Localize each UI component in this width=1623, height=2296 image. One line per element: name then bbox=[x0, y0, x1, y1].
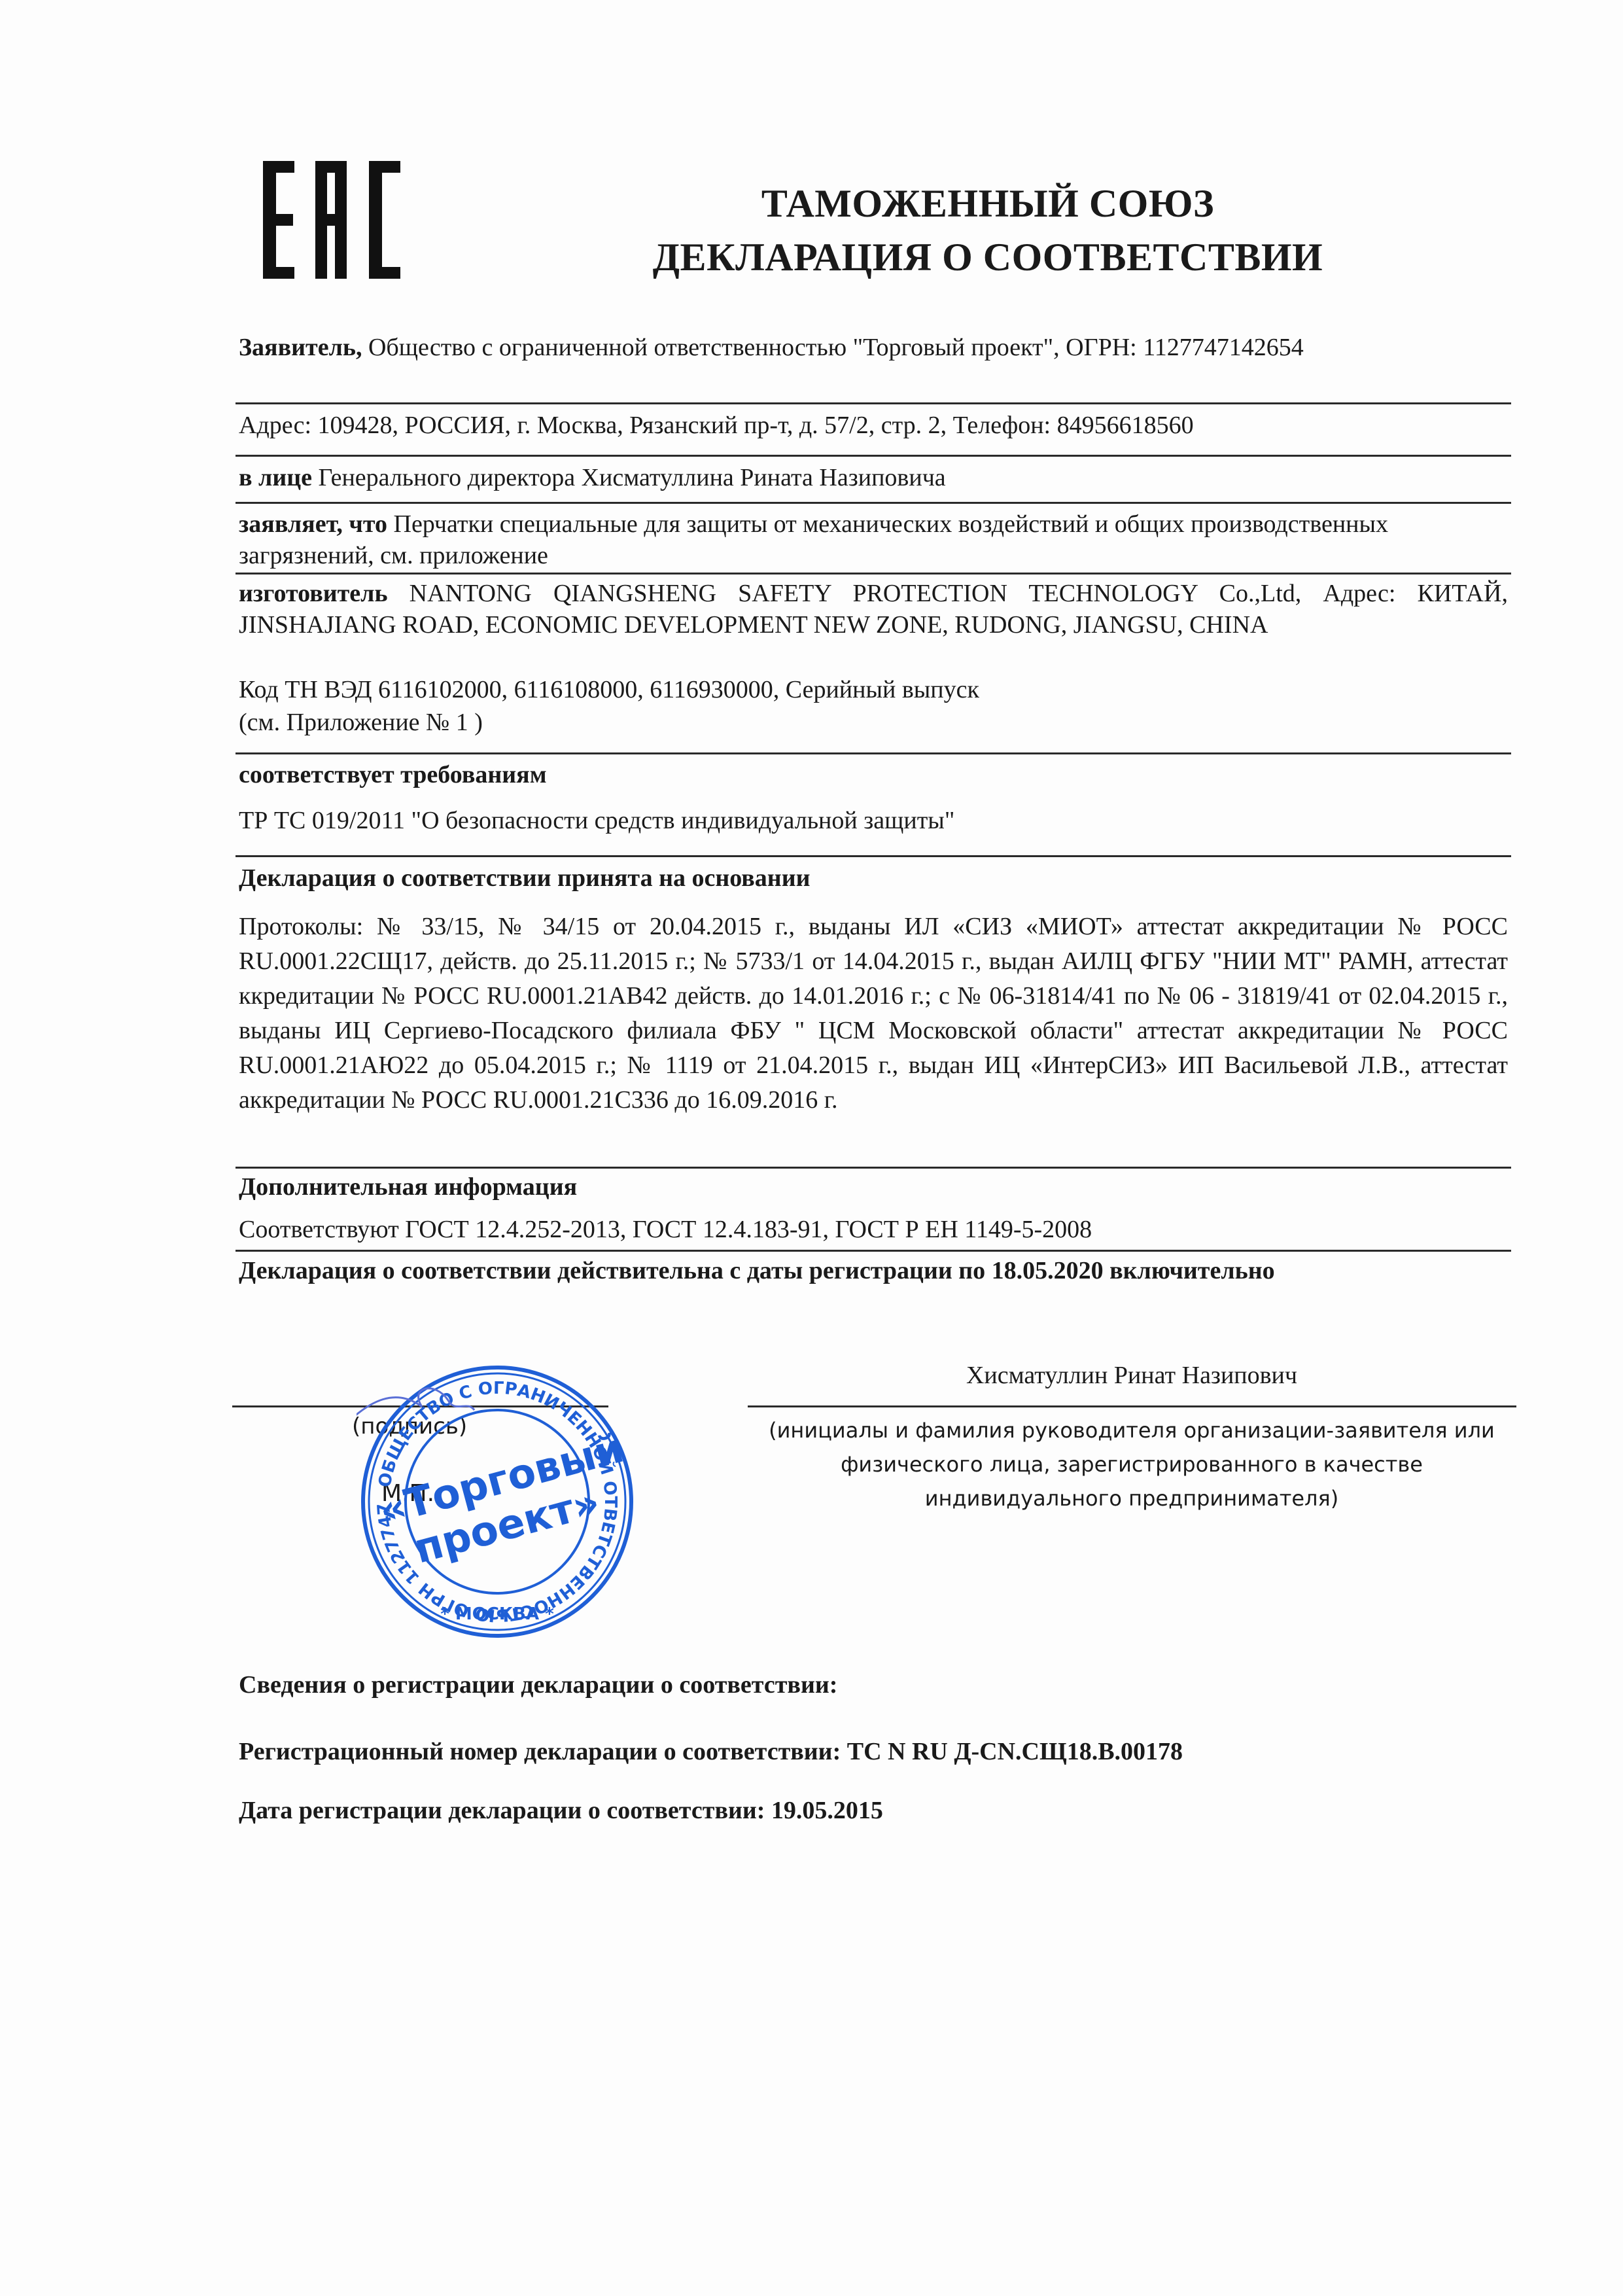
address-section: Адрес: 109428, РОССИЯ, г. Москва, Рязанс… bbox=[239, 410, 1508, 441]
basis-label: Декларация о соответствии принята на осн… bbox=[239, 862, 1508, 894]
manufacturer-section: изготовитель NANTONG QIANGSHENG SAFETY P… bbox=[239, 578, 1508, 641]
document-title: ТАМОЖЕННЫЙ СОЮЗ ДЕКЛАРАЦИЯ О СООТВЕТСТВИ… bbox=[563, 177, 1413, 284]
stamp-city: * МОСКВА * bbox=[440, 1604, 554, 1624]
representative-label: в лице bbox=[239, 464, 312, 491]
declares-section: заявляет, что Перчатки специальные для з… bbox=[239, 508, 1508, 571]
conforms-label: соответствует требованиям bbox=[239, 759, 1508, 790]
signer-caption: (инициалы и фамилия руководителя организ… bbox=[752, 1413, 1511, 1515]
declares-label: заявляет, что bbox=[239, 510, 387, 538]
divider bbox=[236, 402, 1511, 404]
validity-statement: Декларация о соответствии действительна … bbox=[239, 1255, 1508, 1286]
registration-heading: Сведения о регистрации декларации о соот… bbox=[239, 1670, 837, 1699]
appendix-reference: (см. Приложение № 1 ) bbox=[239, 707, 1508, 738]
divider bbox=[236, 455, 1511, 457]
technical-regulation: ТР ТС 019/2011 "О безопасности средств и… bbox=[239, 805, 1508, 836]
applicant-label: Заявитель, bbox=[239, 334, 362, 361]
hs-codes: Код ТН ВЭД 6116102000, 6116108000, 61169… bbox=[239, 674, 1508, 705]
divider bbox=[236, 573, 1511, 574]
divider bbox=[236, 502, 1511, 504]
manufacturer-value: NANTONG QIANGSHENG SAFETY PROTECTION TEC… bbox=[239, 580, 1508, 639]
title-line-1: ТАМОЖЕННЫЙ СОЮЗ bbox=[563, 177, 1413, 230]
gost-standards: Соответствуют ГОСТ 12.4.252-2013, ГОСТ 1… bbox=[239, 1214, 1508, 1245]
applicant-section: Заявитель, Общество с ограниченной ответ… bbox=[239, 332, 1508, 363]
additional-info-label: Дополнительная информация bbox=[239, 1171, 1508, 1203]
signer-name: Хисматуллин Ринат Назипович bbox=[752, 1361, 1511, 1390]
registration-number: Регистрационный номер декларации о соотв… bbox=[239, 1737, 1183, 1766]
representative-value: Генерального директора Хисматуллина Рина… bbox=[312, 464, 946, 491]
eac-mark-icon bbox=[263, 161, 407, 279]
signer-name-line bbox=[748, 1405, 1516, 1407]
registration-date: Дата регистрации декларации о соответств… bbox=[239, 1796, 883, 1825]
representative-section: в лице Генерального директора Хисматулли… bbox=[239, 462, 1508, 493]
divider bbox=[236, 752, 1511, 754]
divider bbox=[236, 855, 1511, 857]
manufacturer-label: изготовитель bbox=[239, 580, 388, 607]
product-description: Перчатки специальные для защиты от механ… bbox=[239, 510, 1388, 569]
divider bbox=[236, 1250, 1511, 1252]
company-seal-stamp: ОБЩЕСТВО С ОГРАНИЧЕННОЙ ОТВЕТСТВЕННОСТЬЮ… bbox=[357, 1361, 638, 1642]
applicant-value: Общество с ограниченной ответственностью… bbox=[362, 334, 1303, 361]
divider bbox=[236, 1167, 1511, 1169]
title-line-2: ДЕКЛАРАЦИЯ О СООТВЕТСТВИИ bbox=[563, 230, 1413, 284]
test-protocols: Протоколы: № 33/15, № 34/15 от 20.04.201… bbox=[239, 910, 1508, 1118]
